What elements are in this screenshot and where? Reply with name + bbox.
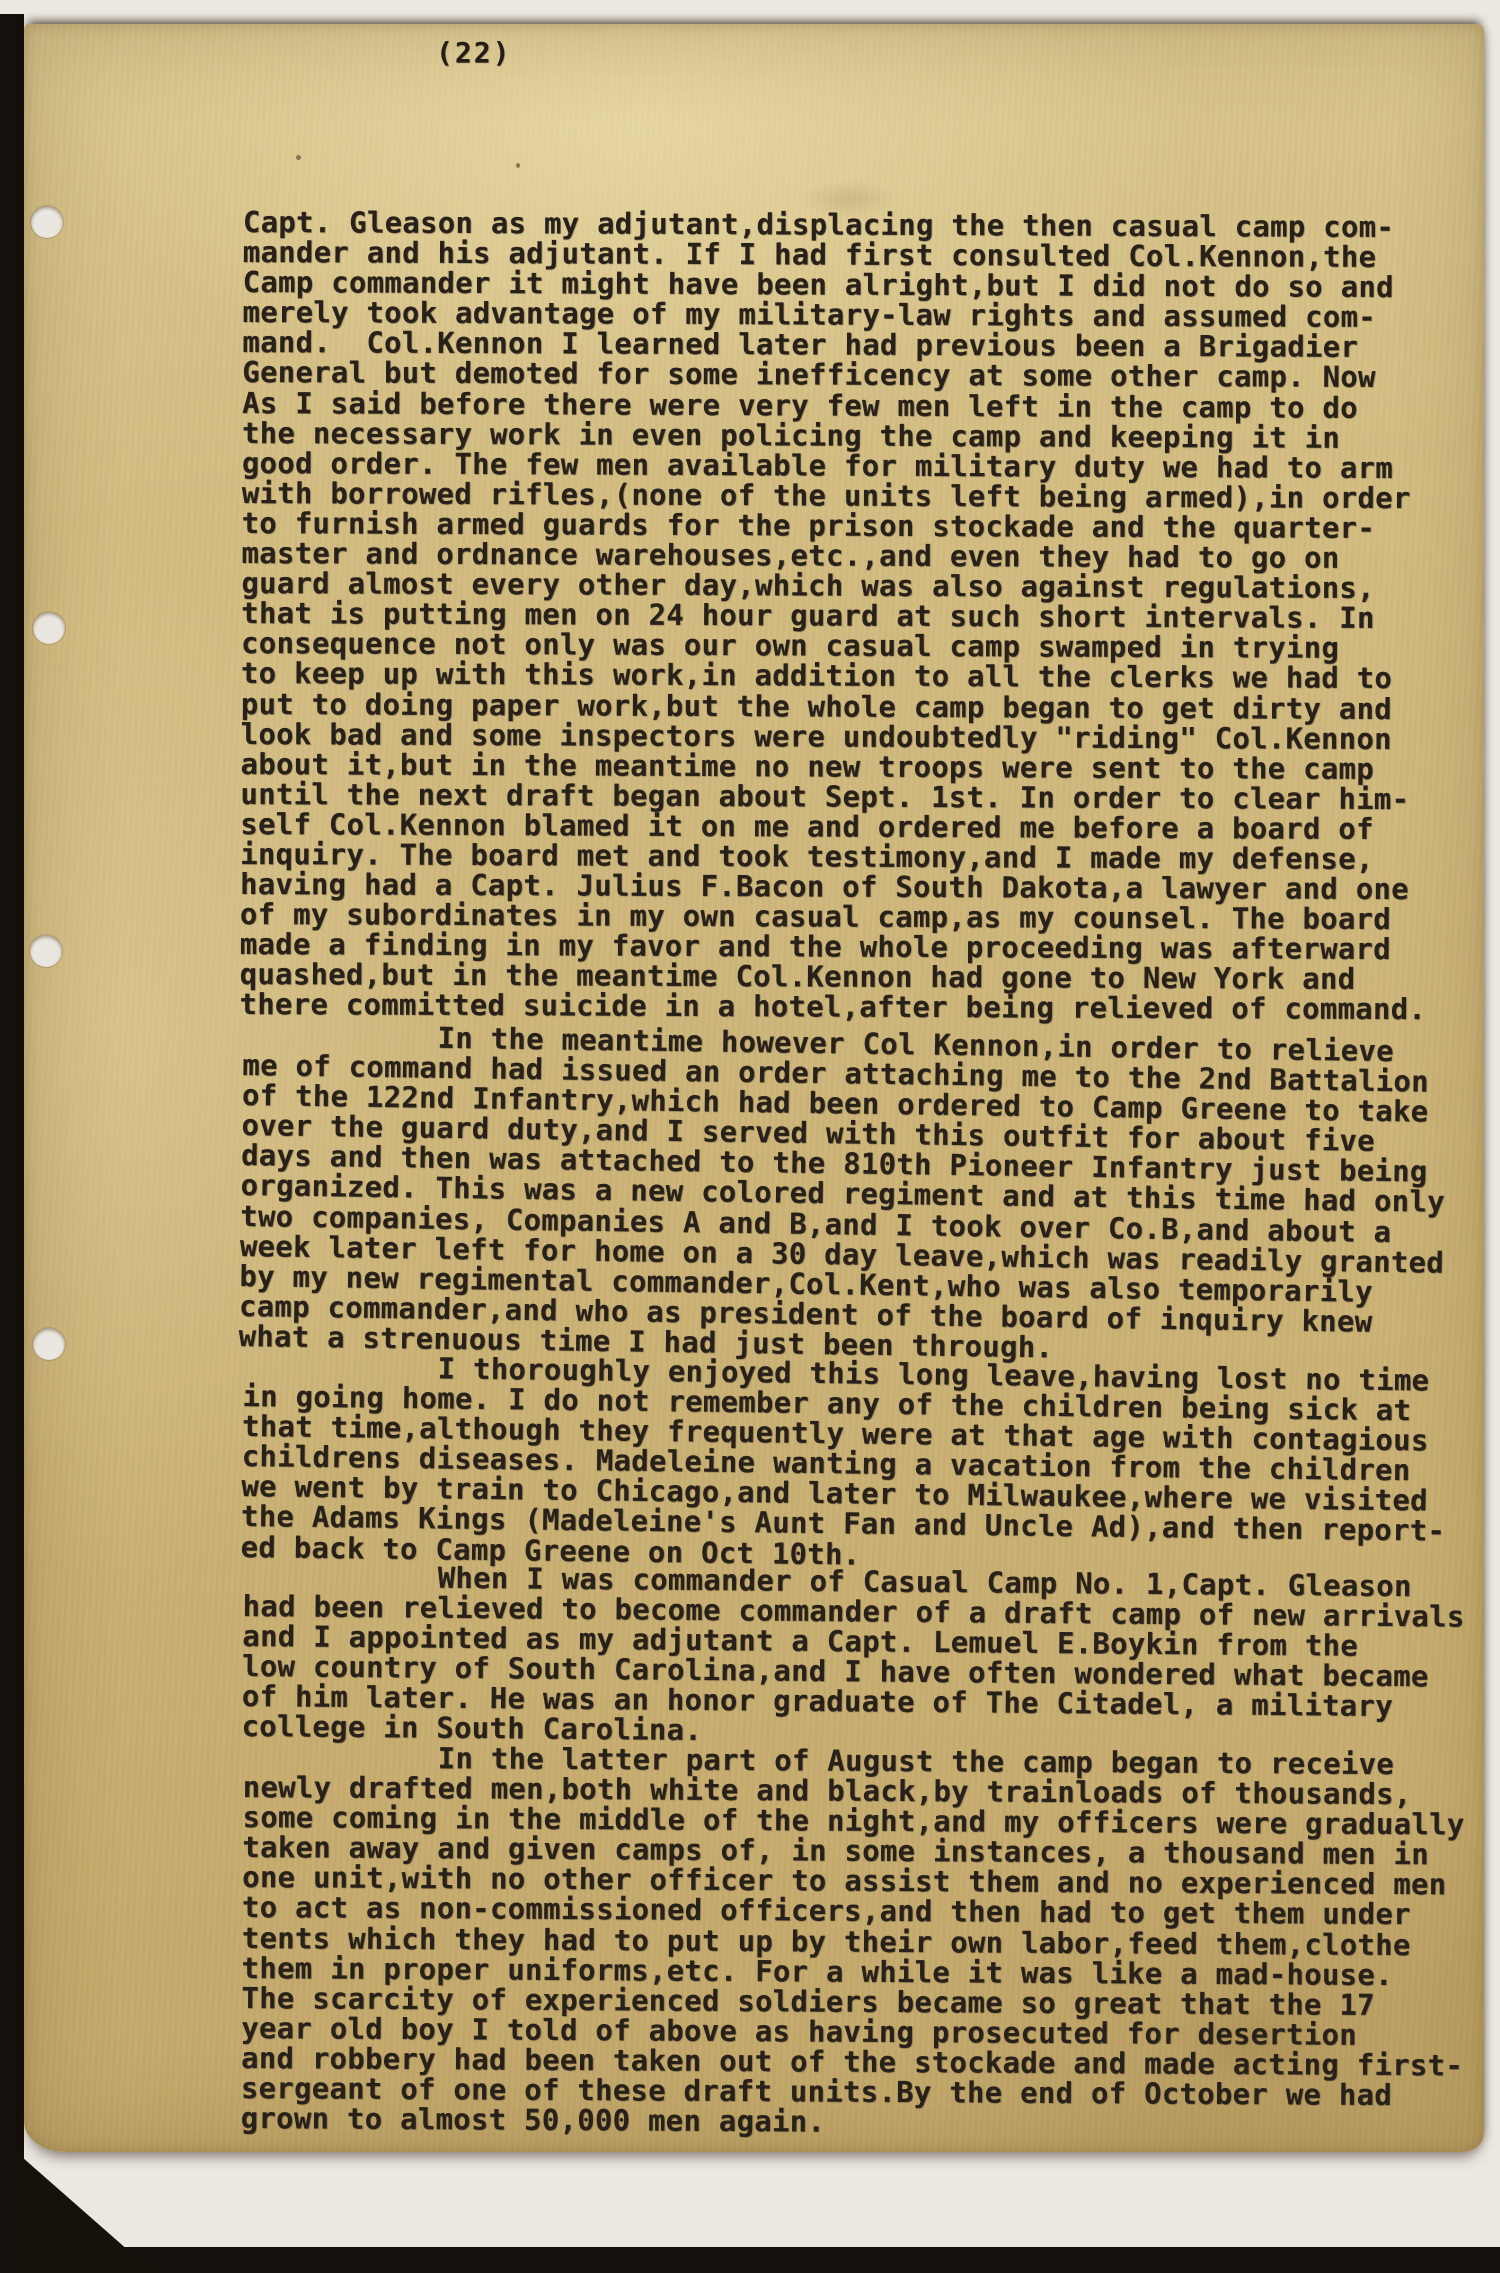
memoir-paragraph-3: I thoroughly enjoyed this long leave,hav… [240, 1351, 1472, 1577]
memoir-paragraph-5: In the latter part of August the camp be… [241, 1742, 1473, 2141]
punch-hole [33, 612, 65, 644]
scanned-document-page: (22) Capt. Gleason as my adjutant,displa… [0, 0, 1500, 2273]
memoir-paragraph-1: Capt. Gleason as my adjutant,displacing … [239, 207, 1473, 1025]
scanner-backing-corner [14, 2150, 154, 2273]
memoir-text: Capt. Gleason as my adjutant,displacing … [243, 207, 1473, 2133]
ink-speck [516, 163, 520, 168]
memoir-paragraph-2: In the meantime however Col Kennon,in or… [238, 1020, 1473, 1368]
punch-hole [31, 206, 63, 238]
punch-hole [33, 1328, 65, 1360]
ink-speck [296, 155, 301, 160]
page-number: (22) [436, 36, 511, 69]
memoir-paragraph-4: When I was commander of Casual Camp No. … [241, 1561, 1473, 1752]
paper-sheet: (22) Capt. Gleason as my adjutant,displa… [24, 24, 1484, 2152]
scanner-backing-left [0, 14, 24, 2273]
scanner-backing-bottom [0, 2247, 1500, 2273]
punch-hole [30, 935, 62, 967]
